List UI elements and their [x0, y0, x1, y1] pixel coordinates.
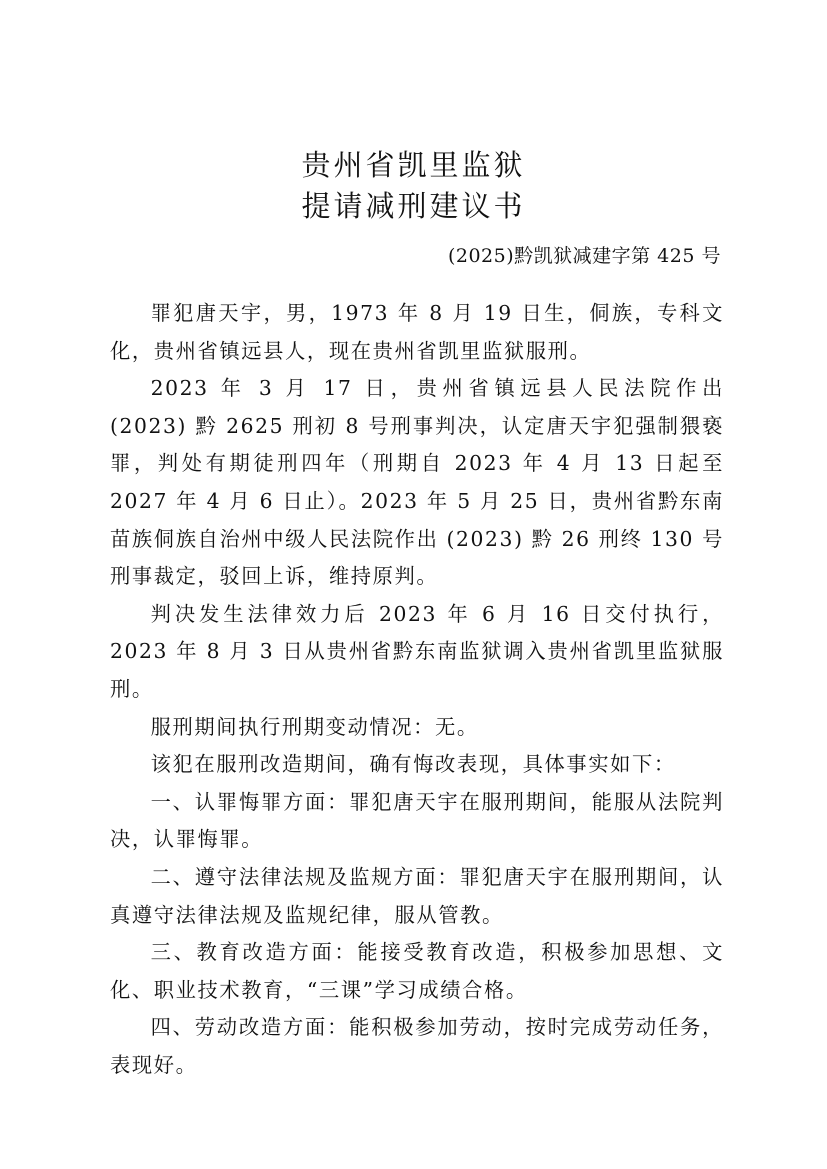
document-page: 贵州省凯里监狱 提请减刑建议书 (2025)黔凯狱减建字第 425 号 罪犯唐天…: [0, 0, 827, 1169]
document-number: (2025)黔凯狱减建字第 425 号: [448, 241, 721, 271]
paragraph-repentance-intro: 该犯在服刑改造期间，确有悔改表现，具体事实如下：: [110, 746, 724, 784]
paragraph-education-reform: 三、教育改造方面：能接受教育改造，积极参加思想、文化、职业技术教育，“三课”学习…: [110, 934, 724, 1009]
paragraph-judgment-history: 2023 年 3 月 17 日，贵州省镇远县人民法院作出 (2023) 黔 26…: [110, 370, 724, 596]
paragraph-admission-of-guilt: 一、认罪悔罪方面：罪犯唐天宇在服刑期间，能服从法院判决，认罪悔罪。: [110, 784, 724, 859]
paragraph-labor-reform: 四、劳动改造方面：能积极参加劳动，按时完成劳动任务，表现好。: [110, 1009, 724, 1084]
paragraph-criminal-profile: 罪犯唐天宇，男，1973 年 8 月 19 日生，侗族，专科文化，贵州省镇远县人…: [110, 295, 724, 370]
document-title-type: 提请减刑建议书: [0, 186, 827, 226]
document-title-issuer: 贵州省凯里监狱: [0, 145, 827, 185]
document-body: 罪犯唐天宇，男，1973 年 8 月 19 日生，侗族，专科文化，贵州省镇远县人…: [110, 295, 724, 1084]
paragraph-sentence-changes: 服刑期间执行刑期变动情况：无。: [110, 709, 724, 747]
paragraph-execution-transfer: 判决发生法律效力后 2023 年 6 月 16 日交付执行，2023 年 8 月…: [110, 596, 724, 709]
paragraph-law-compliance: 二、遵守法律法规及监规方面：罪犯唐天宇在服刑期间，认真遵守法律法规及监规纪律，服…: [110, 859, 724, 934]
